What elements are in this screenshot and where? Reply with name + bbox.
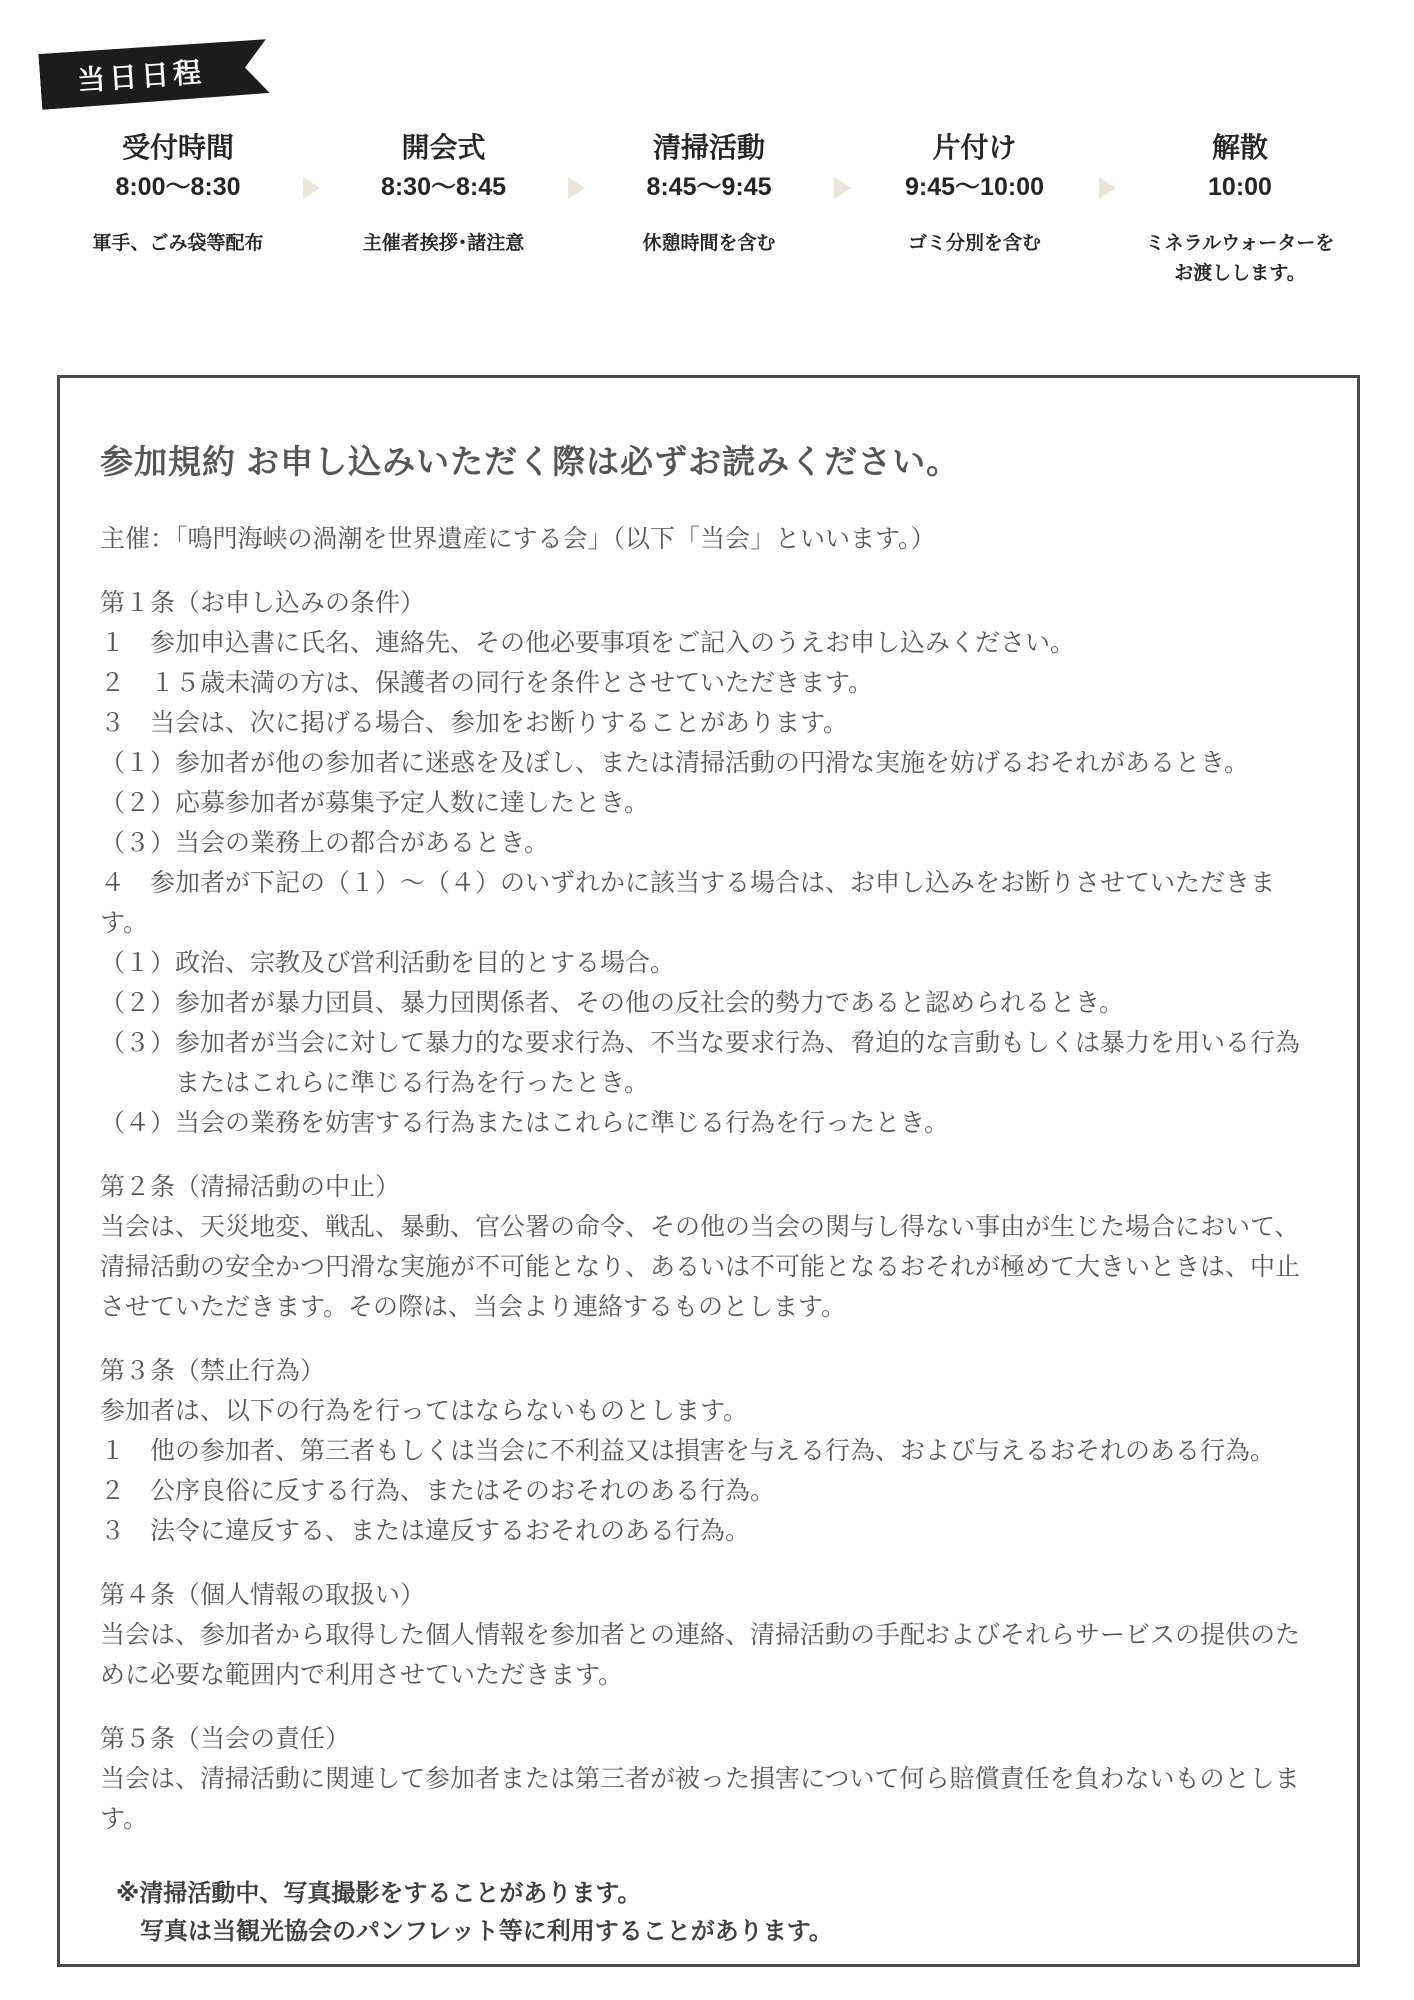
rules-line: （３）当会の業務上の都合があるとき。 — [100, 823, 1317, 863]
rules-line: （４）当会の業務を妨害する行為またはこれらに準じる行為を行ったとき。 — [100, 1103, 1317, 1143]
photo-notice-line: 写真は当観光協会のパンフレット等に利用することがあります。 — [116, 1913, 1317, 1951]
step-title: 清掃活動 — [653, 130, 765, 166]
photo-notice-line: ※清掃活動中、写真撮影をすることがあります。 — [116, 1875, 1317, 1913]
step-time: 8:00〜8:30 — [115, 171, 240, 203]
rules-line: 当会は、天災地変、戦乱、暴動、官公署の命令、その他の当会の関与し得ない事由が生じ… — [100, 1207, 1317, 1327]
rules-line: ３ 法令に違反する、または違反するおそれのある行為。 — [100, 1511, 1317, 1551]
rules-line: ３ 当会は、次に掲げる場合、参加をお断りすることがあります。 — [100, 703, 1317, 743]
rules-line: 主催：「鳴門海峡の渦潮を世界遺産にする会」（以下「当会」といいます。） — [100, 519, 1317, 559]
step-note: ミネラルウォーターを お渡しします。 — [1146, 229, 1335, 289]
rules-section-heading: 第２条（清掃活動の中止） — [100, 1167, 1317, 1207]
rules-body: 主催：「鳴門海峡の渦潮を世界遺産にする会」（以下「当会」といいます。）第１条（お… — [100, 519, 1317, 1839]
timeline-step-reception: 受付時間 8:00〜8:30 軍手、ごみ袋等配布 — [64, 130, 292, 289]
rules-line: （１）参加者が他の参加者に迷惑を及ぼし、または清掃活動の円滑な実施を妨げるおそれ… — [100, 743, 1317, 783]
step-title: 開会式 — [401, 130, 485, 166]
step-title: 受付時間 — [122, 130, 234, 166]
step-time: 8:45〜9:45 — [646, 171, 771, 203]
rules-gap — [100, 1143, 1317, 1167]
rules-section-heading: 第３条（禁止行為） — [100, 1351, 1317, 1391]
rules-line: （２）応募参加者が募集予定人数に達したとき。 — [100, 783, 1317, 823]
rules-gap — [100, 1551, 1317, 1575]
rules-line: 参加者は、以下の行為を行ってはならないものとします。 — [100, 1391, 1317, 1431]
rules-gap — [100, 559, 1317, 583]
step-note: 休憩時間を含む — [642, 229, 775, 259]
rules-gap — [100, 1695, 1317, 1719]
step-note: ゴミ分別を含む — [908, 229, 1041, 259]
step-note: 軍手、ごみ袋等配布 — [92, 229, 263, 259]
rules-line: 当会は、清掃活動に関連して参加者または第三者が被った損害について何ら賠償責任を負… — [100, 1759, 1317, 1839]
page: 当日日程 受付時間 8:00〜8:30 軍手、ごみ袋等配布 開会式 8:30〜8… — [0, 0, 1414, 2000]
step-time: 8:30〜8:45 — [381, 171, 506, 203]
arrow-right-icon — [299, 174, 323, 202]
step-time: 9:45〜10:00 — [905, 171, 1044, 203]
rules-gap — [100, 1327, 1317, 1351]
rules-line: ２ 公序良俗に反する行為、またはそのおそれのある行為。 — [100, 1471, 1317, 1511]
timeline-step-dismissal: 解散 10:00 ミネラルウォーターを お渡しします。 — [1126, 130, 1354, 289]
rules-line: ４ 参加者が下記の（１）〜（４）のいずれかに該当する場合は、お申し込みをお断りさ… — [100, 863, 1317, 943]
timeline-step-cleanup-activity: 清掃活動 8:45〜9:45 休憩時間を含む — [595, 130, 823, 289]
rules-line: ２ １５歳未満の方は、保護者の同行を条件とさせていただきます。 — [100, 663, 1317, 703]
schedule-timeline: 受付時間 8:00〜8:30 軍手、ごみ袋等配布 開会式 8:30〜8:45 主… — [64, 130, 1354, 289]
rules-line: （３）参加者が当会に対して暴力的な要求行為、不当な要求行為、脅迫的な言動もしくは… — [100, 1023, 1317, 1103]
arrow-right-icon — [1095, 174, 1119, 202]
rules-section-heading: 第４条（個人情報の取扱い） — [100, 1575, 1317, 1615]
timeline-step-opening: 開会式 8:30〜8:45 主催者挨拶･諸注意 — [330, 130, 558, 289]
rules-line: １ 参加申込書に氏名、連絡先、その他必要事項をご記入のうえお申し込みください。 — [100, 623, 1317, 663]
participation-rules-box: 参加規約 お申し込みいただく際は必ずお読みください。 主催：「鳴門海峡の渦潮を世… — [57, 375, 1360, 1967]
step-note: 主催者挨拶･諸注意 — [363, 229, 525, 259]
rules-line: （２）参加者が暴力団員、暴力団関係者、その他の反社会的勢力であると認められるとき… — [100, 983, 1317, 1023]
photo-notice: ※清掃活動中、写真撮影をすることがあります。 写真は当観光協会のパンフレット等に… — [100, 1875, 1317, 1951]
schedule-ribbon-label: 当日日程 — [76, 50, 206, 99]
arrow-right-icon — [564, 174, 588, 202]
step-title: 解散 — [1212, 130, 1268, 166]
rules-line: 当会は、参加者から取得した個人情報を参加者との連絡、清掃活動の手配およびそれらサ… — [100, 1615, 1317, 1695]
rules-section-heading: 第５条（当会の責任） — [100, 1719, 1317, 1759]
timeline-step-tidying: 片付け 9:45〜10:00 ゴミ分別を含む — [861, 130, 1089, 289]
rules-title: 参加規約 お申し込みいただく際は必ずお読みください。 — [100, 436, 1317, 483]
rules-line: １ 他の参加者、第三者もしくは当会に不利益又は損害を与える行為、および与えるおそ… — [100, 1431, 1317, 1471]
arrow-right-icon — [830, 174, 854, 202]
schedule-ribbon: 当日日程 — [38, 38, 269, 110]
rules-section-heading: 第１条（お申し込みの条件） — [100, 583, 1317, 623]
step-time: 10:00 — [1208, 171, 1272, 203]
rules-line: （１）政治、宗教及び営利活動を目的とする場合。 — [100, 943, 1317, 983]
step-title: 片付け — [932, 130, 1016, 166]
